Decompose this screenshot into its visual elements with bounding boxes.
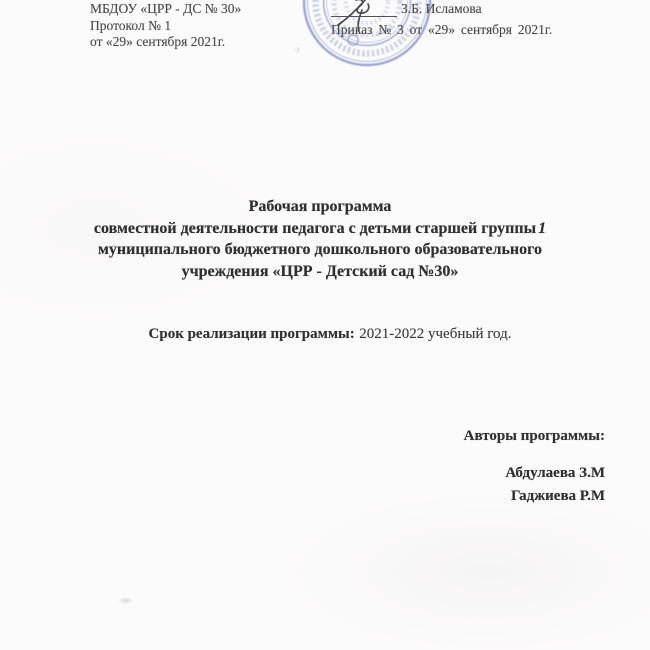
- signature-line: [331, 5, 397, 17]
- org-name: МБДОУ «ЦРР - ДС № 30»: [90, 1, 241, 18]
- group-number: 1: [536, 220, 546, 237]
- document-page: -з МБДОУ «ЦРР - ДС № 30» Протокол № 1 от…: [0, 0, 650, 650]
- title-line-3: муниципального бюджетного дошкольного об…: [0, 239, 640, 261]
- pencil-smudge: -з: [293, 44, 309, 51]
- authors-heading: Авторы программы:: [464, 427, 605, 446]
- title-line-2: совместной деятельности педагога с детьм…: [0, 218, 640, 240]
- author-name: Гаджиева Р.М: [464, 485, 605, 508]
- program-term-value: 2021-2022 учебный год.: [359, 326, 511, 342]
- protocol-date: от «29» сентября 2021г.: [90, 34, 241, 51]
- approval-block-left: МБДОУ «ЦРР - ДС № 30» Протокол № 1 от «2…: [90, 1, 241, 51]
- order-line: Приказ № 3 от «29» сентября 2021г.: [331, 22, 552, 38]
- approval-block-right: З.Б. Исламова Приказ № 3 от «29» сентябр…: [331, 1, 552, 38]
- title-line-4: учреждения «ЦРР - Детский сад №30»: [0, 261, 640, 283]
- document-title: Рабочая программа совместной деятельност…: [0, 196, 640, 282]
- scan-speck: [118, 597, 134, 604]
- signatory-name: З.Б. Исламова: [401, 1, 482, 17]
- signatory-row: З.Б. Исламова: [331, 1, 552, 17]
- author-name: Абдулаева З.М: [464, 462, 605, 485]
- authors-block: Авторы программы: Абдулаева З.М Гаджиева…: [464, 427, 605, 508]
- program-term-label: Срок реализации программы:: [149, 326, 355, 342]
- authors-names: Абдулаева З.М Гаджиева Р.М: [464, 462, 605, 508]
- title-line-1: Рабочая программа: [0, 196, 640, 218]
- protocol-number: Протокол № 1: [90, 18, 241, 35]
- program-term: Срок реализации программы:2021-2022 учеб…: [8, 326, 650, 343]
